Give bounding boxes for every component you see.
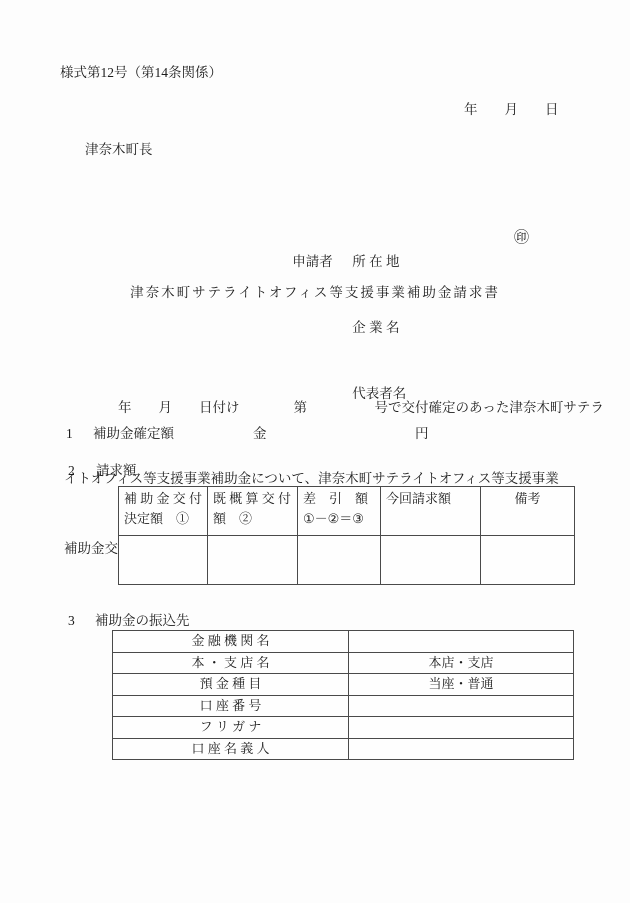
item1-number: 1 (66, 424, 73, 444)
bank-branch-value: 本店・支店 (349, 652, 574, 674)
item3-number: 3 (68, 611, 75, 631)
bank-account-holder-label: 口 座 名 義 人 (113, 738, 349, 760)
addressee: 津奈木町長 (85, 140, 153, 160)
header-difference-amount: 差 引 額①－②＝③ (298, 487, 381, 536)
header-remarks: 備考 (481, 487, 575, 536)
bank-row-branch: 本 ・ 支 店 名 本店・支店 (113, 652, 574, 674)
applicant-label: 申請者 (292, 251, 352, 273)
company-label: 企 業 名 (352, 320, 399, 335)
item1-label: 補助金確定額 (93, 424, 174, 444)
cell-already-paid-amount (208, 536, 298, 585)
bank-row-account-number: 口 座 番 号 (113, 695, 574, 717)
date-line: 年 月 日 (464, 100, 559, 120)
cell-grant-decided-amount (119, 536, 208, 585)
bank-transfer-table: 金 融 機 関 名 本 ・ 支 店 名 本店・支店 預 金 種 目 当座・普通 … (112, 630, 574, 760)
bank-furigana-value (349, 717, 574, 739)
bank-row-institution: 金 融 機 関 名 (113, 631, 574, 653)
header-current-request-amount: 今回請求額 (381, 487, 481, 536)
bank-account-holder-value (349, 738, 574, 760)
item1-currency-prefix: 金 (253, 424, 267, 444)
bank-institution-value (349, 631, 574, 653)
document-title: 津奈木町サテライトオフィス等支援事業補助金請求書 (0, 283, 630, 303)
bank-account-type-value: 当座・普通 (349, 674, 574, 696)
item1-currency-suffix: 円 (415, 424, 429, 444)
seal-icon: ㊞ (514, 227, 529, 250)
request-amount-table: 補 助 金 交 付決定額 ① 既 概 算 交 付額 ② 差 引 額①－②＝③ 今… (118, 486, 575, 585)
bank-row-account-type: 預 金 種 目 当座・普通 (113, 674, 574, 696)
form-number: 様式第12号（第14条関係） (60, 63, 222, 83)
cell-difference-amount (298, 536, 381, 585)
request-table-value-row (119, 536, 575, 585)
request-table-header-row: 補 助 金 交 付決定額 ① 既 概 算 交 付額 ② 差 引 額①－②＝③ 今… (119, 487, 575, 536)
header-grant-decided-amount: 補 助 金 交 付決定額 ① (119, 487, 208, 536)
cell-current-request-amount (381, 536, 481, 585)
bank-furigana-label: フ リ ガ ナ (113, 717, 349, 739)
header-already-paid-amount: 既 概 算 交 付額 ② (208, 487, 298, 536)
bank-branch-label: 本 ・ 支 店 名 (113, 652, 349, 674)
cell-remarks (481, 536, 575, 585)
bank-institution-label: 金 融 機 関 名 (113, 631, 349, 653)
bank-account-type-label: 預 金 種 目 (113, 674, 349, 696)
item2-number: 2 (68, 461, 75, 481)
bank-account-number-value (349, 695, 574, 717)
body-line: 年 月 日付け 第 号で交付確定のあった津奈木町サテラ (64, 396, 576, 420)
applicant-row-address: 申請者所 在 地 (272, 229, 406, 251)
item2-label: 請求額 (96, 461, 137, 481)
item3-label: 補助金の振込先 (95, 611, 190, 631)
bank-account-number-label: 口 座 番 号 (113, 695, 349, 717)
bank-row-furigana: フ リ ガ ナ (113, 717, 574, 739)
bank-row-account-holder: 口 座 名 義 人 (113, 738, 574, 760)
address-label: 所 在 地 (352, 254, 399, 269)
document-page: 様式第12号（第14条関係） 年 月 日 津奈木町長 申請者所 在 地 企 業 … (0, 0, 630, 903)
